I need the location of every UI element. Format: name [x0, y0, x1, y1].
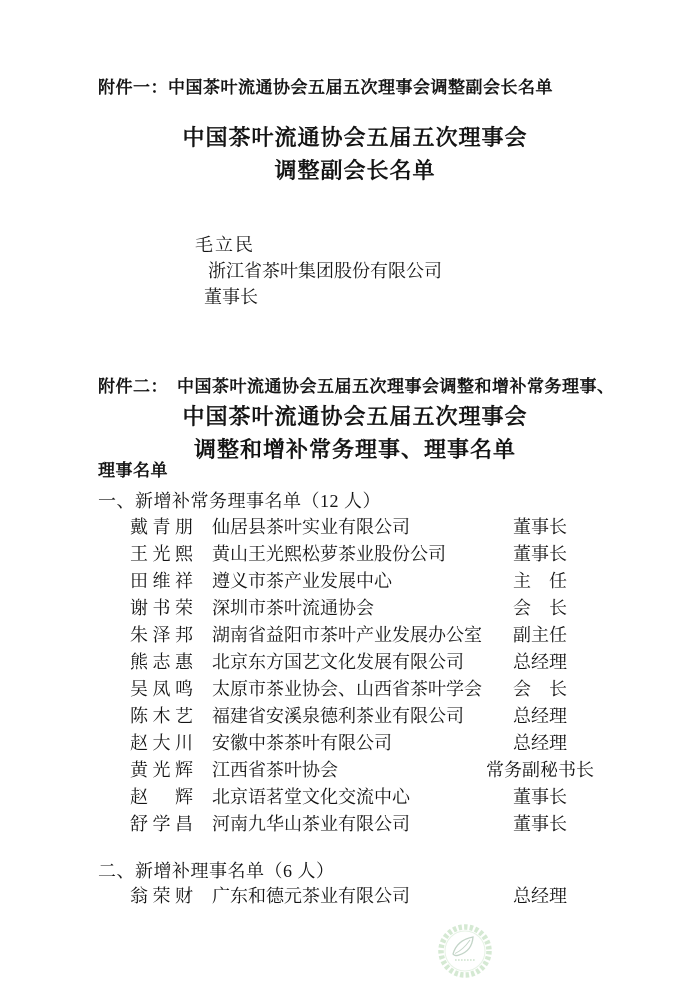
list-item: 熊志惠 北京东方国艺文化发展有限公司 总经理: [130, 649, 596, 676]
attachment2-heading-line1: 附件二： 中国茶叶流通协会五届五次理事会调整和增补常务理事、: [98, 373, 615, 401]
person-organization: 江西省茶叶协会: [212, 757, 484, 784]
attachment2-title-line1: 中国茶叶流通协会五届五次理事会: [11, 400, 699, 433]
person-position: 副主任: [484, 622, 596, 649]
list-item: 王光熙 黄山王光熙松萝茶业股份公司 董事长: [130, 541, 596, 568]
person-organization: 深圳市茶叶流通协会: [212, 595, 484, 622]
list-item: 吴凤鸣 太原市茶业协会、山西省茶叶学会 会 长: [130, 676, 596, 703]
document-page: 附件一：中国茶叶流通协会五届五次理事会调整副会长名单 中国茶叶流通协会五届五次理…: [0, 0, 699, 989]
attachment1-title-line2: 调整副会长名单: [11, 154, 699, 187]
leaf-icon: [437, 923, 493, 979]
person-name: 朱泽邦: [130, 622, 212, 649]
list-item: 黄光辉 江西省茶叶协会 常务副秘书长: [130, 757, 596, 784]
person-name: 谢书荣: [130, 595, 212, 622]
person-name: 赵大川: [130, 730, 212, 757]
list-item: 赵大川 安徽中茶茶叶有限公司 总经理: [130, 730, 596, 757]
member-organization: 浙江省茶叶集团股份有限公司: [208, 261, 442, 281]
person-position: 董事长: [484, 784, 596, 811]
list-item: 赵 辉 北京语茗堂文化交流中心 董事长: [130, 784, 596, 811]
list-item: 田维祥 遵义市茶产业发展中心 主 任: [130, 568, 596, 595]
list-item: 翁荣财 广东和德元茶业有限公司 总经理: [130, 883, 596, 910]
person-organization: 北京东方国艺文化发展有限公司: [212, 649, 484, 676]
person-position: 常务副秘书长: [484, 757, 596, 784]
person-name: 黄光辉: [130, 757, 212, 784]
person-organization: 河南九华山茶业有限公司: [212, 811, 484, 838]
person-organization: 安徽中茶茶叶有限公司: [212, 730, 484, 757]
person-position: 主 任: [484, 568, 596, 595]
person-organization: 福建省安溪泉德利茶业有限公司: [212, 703, 484, 730]
person-position: 董事长: [484, 811, 596, 838]
attachment1-title: 中国茶叶流通协会五届五次理事会 调整副会长名单: [11, 121, 699, 187]
attachment1-heading: 附件一：中国茶叶流通协会五届五次理事会调整副会长名单: [98, 74, 553, 102]
person-position: 董事长: [484, 541, 596, 568]
person-organization: 北京语茗堂文化交流中心: [212, 784, 484, 811]
person-position: 会 长: [484, 595, 596, 622]
section1-heading: 一、新增补常务理事名单（12 人）: [98, 487, 381, 513]
person-organization: 黄山王光熙松萝茶业股份公司: [212, 541, 484, 568]
person-position: 总经理: [484, 703, 596, 730]
attachment2-title-line2: 调整和增补常务理事、理事名单: [11, 433, 699, 466]
person-organization: 遵义市茶产业发展中心: [212, 568, 484, 595]
person-position: 总经理: [484, 649, 596, 676]
person-position: 总经理: [484, 730, 596, 757]
person-organization: 仙居县茶叶实业有限公司: [212, 514, 484, 541]
person-name: 赵 辉: [130, 784, 212, 811]
person-organization: 湖南省益阳市茶叶产业发展办公室: [212, 622, 484, 649]
list-item: 戴青朋 仙居县茶叶实业有限公司 董事长: [130, 514, 596, 541]
list-item: 舒学昌 河南九华山茶业有限公司 董事长: [130, 811, 596, 838]
section2-heading: 二、新增补理事名单（6 人）: [98, 857, 335, 883]
person-position: 董事长: [484, 514, 596, 541]
person-organization: 太原市茶业协会、山西省茶叶学会: [212, 676, 484, 703]
attachment1-title-line1: 中国茶叶流通协会五届五次理事会: [11, 121, 699, 154]
vice-president-entry: 毛立民 浙江省茶叶集团股份有限公司 董事长: [177, 210, 442, 330]
person-position: 会 长: [484, 676, 596, 703]
person-name: 陈木艺: [130, 703, 212, 730]
person-name: 熊志惠: [130, 649, 212, 676]
leaf-seal-watermark: [437, 923, 493, 979]
person-name: 舒学昌: [130, 811, 212, 838]
member-name: 毛立民: [195, 235, 255, 255]
person-name: 翁荣财: [130, 883, 212, 910]
directors-list: 翁荣财 广东和德元茶业有限公司 总经理: [130, 883, 596, 910]
list-item: 陈木艺 福建省安溪泉德利茶业有限公司 总经理: [130, 703, 596, 730]
person-name: 王光熙: [130, 541, 212, 568]
person-name: 戴青朋: [130, 514, 212, 541]
person-name: 吴凤鸣: [130, 676, 212, 703]
attachment2-title: 中国茶叶流通协会五届五次理事会 调整和增补常务理事、理事名单: [11, 400, 699, 466]
person-position: 总经理: [484, 883, 596, 910]
person-name: 田维祥: [130, 568, 212, 595]
list-item: 朱泽邦 湖南省益阳市茶叶产业发展办公室 副主任: [130, 622, 596, 649]
person-organization: 广东和德元茶业有限公司: [212, 883, 484, 910]
list-item: 谢书荣 深圳市茶叶流通协会 会 长: [130, 595, 596, 622]
member-position: 董事长: [204, 287, 258, 307]
standing-directors-list: 戴青朋 仙居县茶叶实业有限公司 董事长 王光熙 黄山王光熙松萝茶业股份公司 董事…: [130, 514, 596, 838]
